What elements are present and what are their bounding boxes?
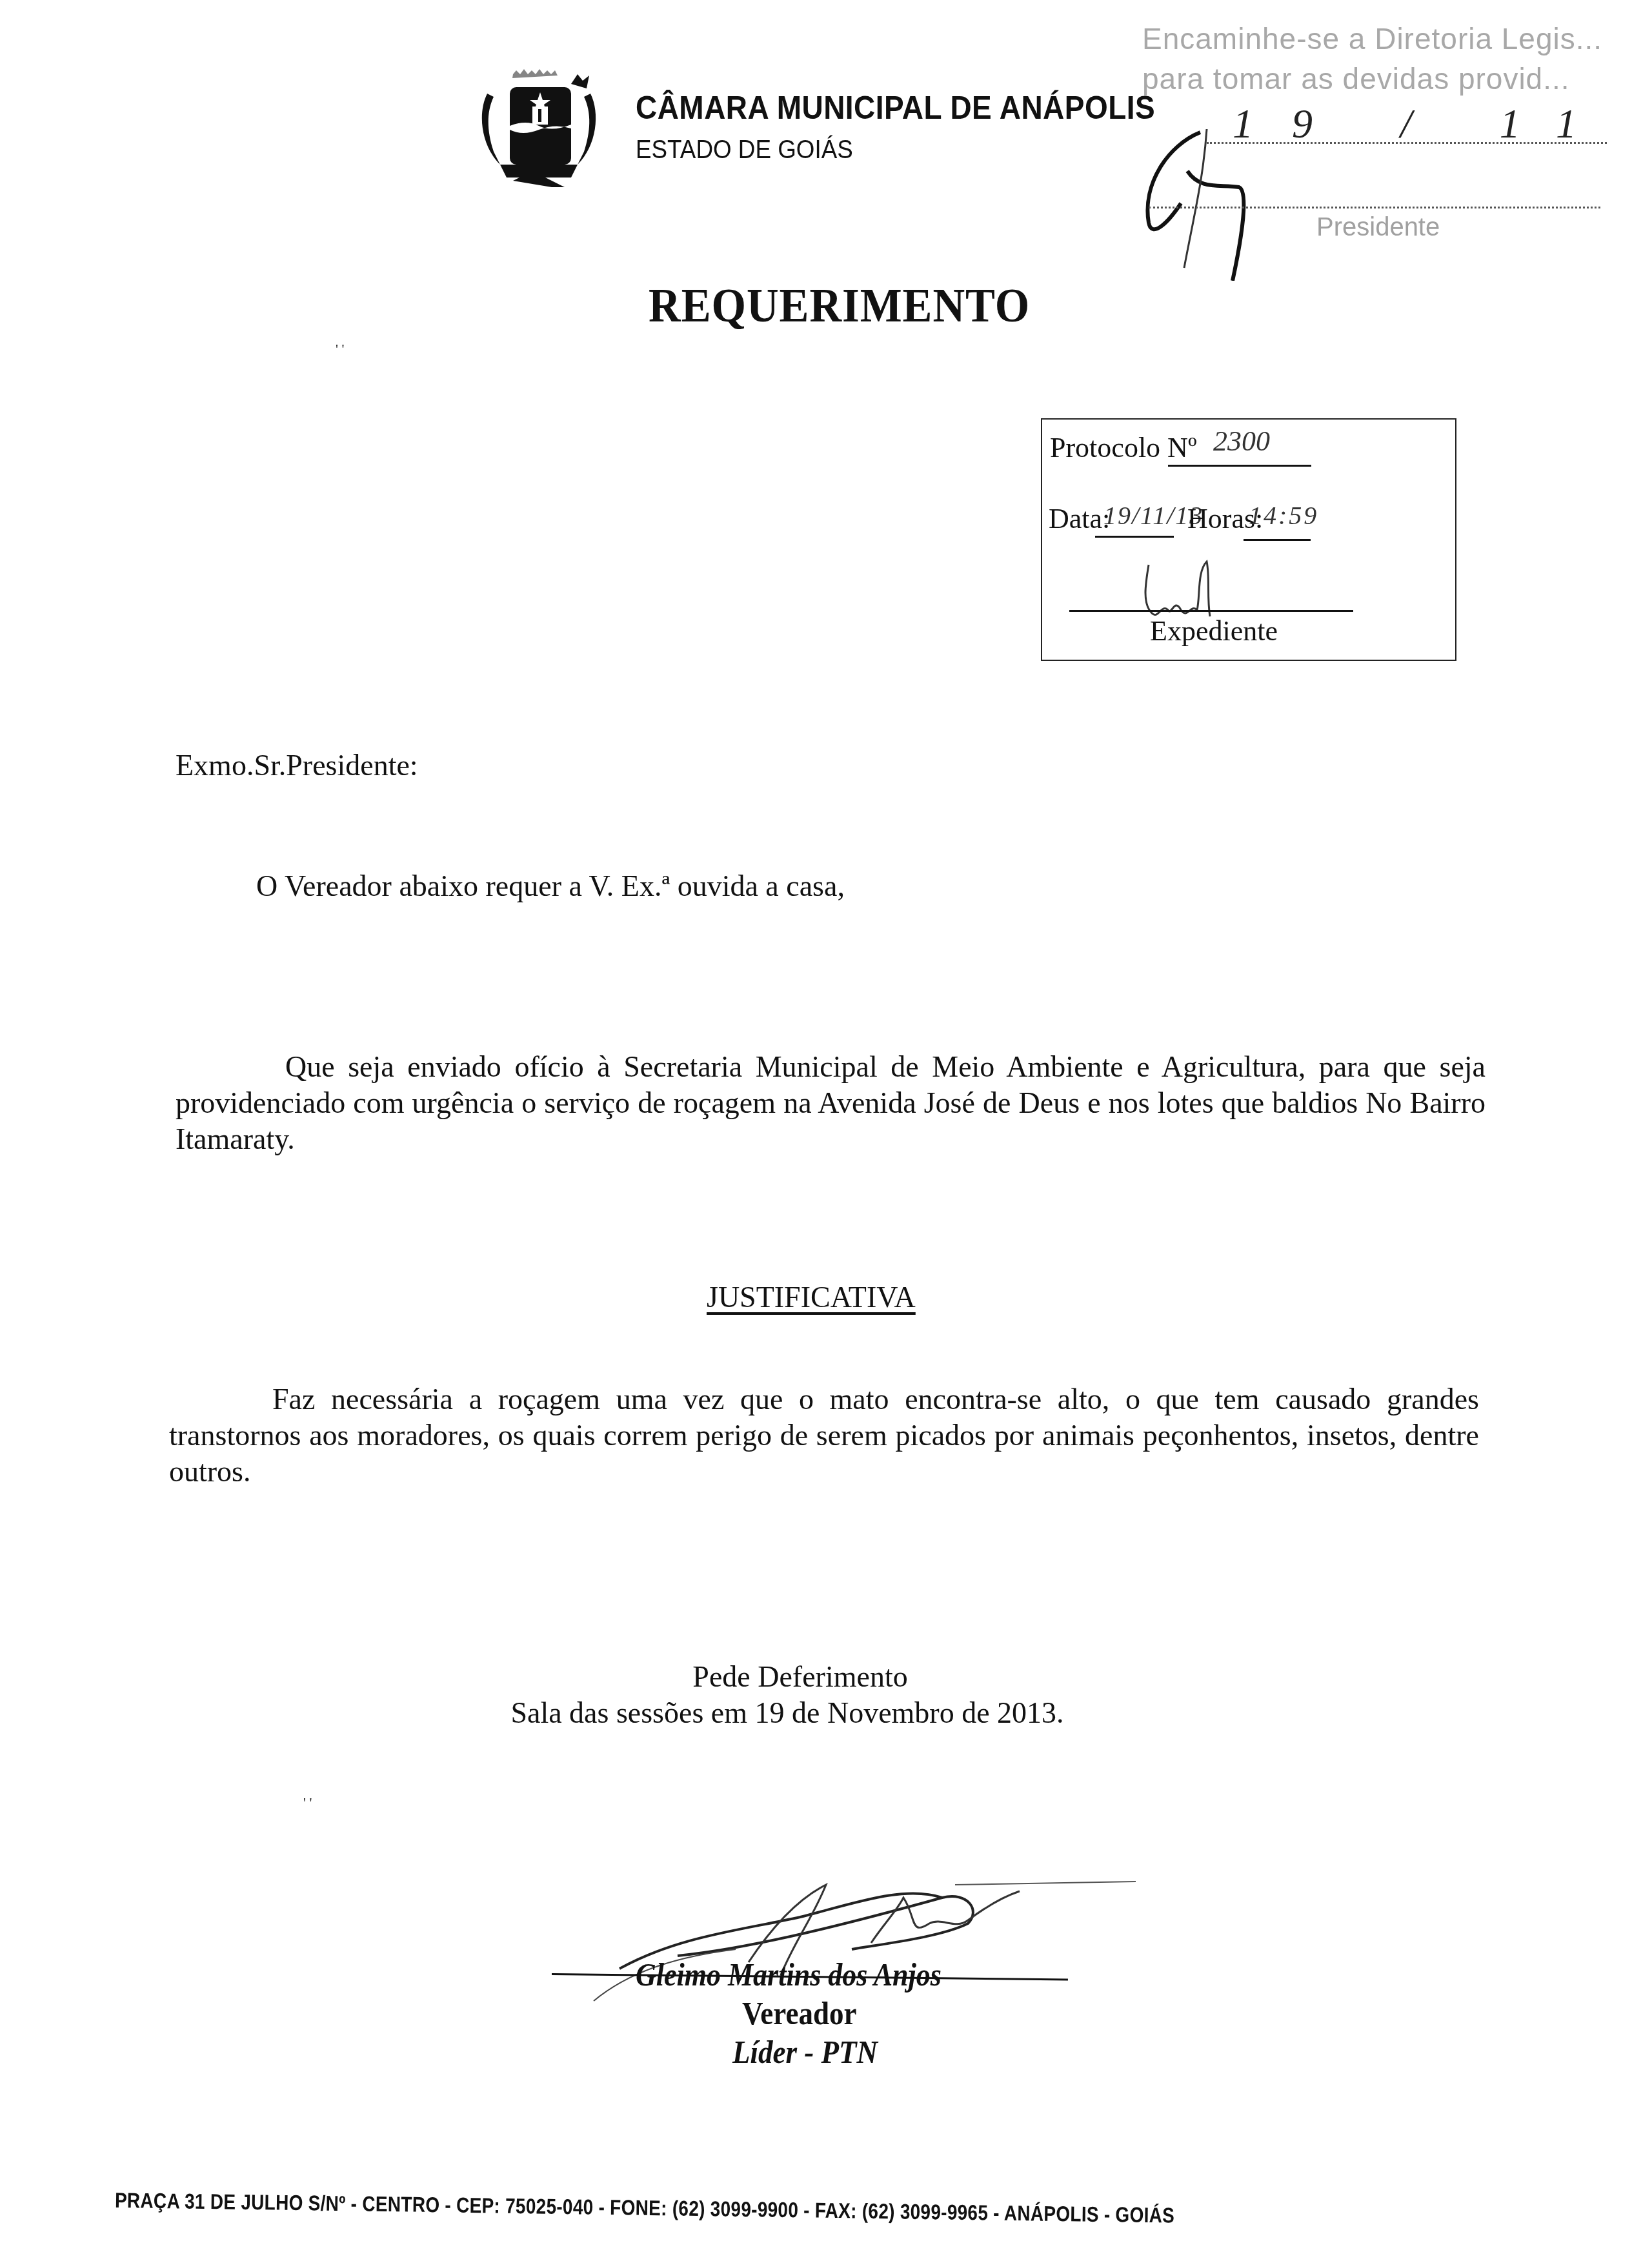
organization-state: ESTADO DE GOIÁS xyxy=(636,136,853,165)
dispatch-stamp: Encaminhe-se a Diretoria Legis... para t… xyxy=(1123,16,1639,261)
scan-mark: ' ' xyxy=(303,1794,312,1811)
request-paragraph: Que seja enviado ofício à Secretaria Mun… xyxy=(176,1049,1486,1157)
protocol-label: Protocolo Nº xyxy=(1050,431,1197,464)
signer-party: Líder - PTN xyxy=(732,2033,878,2071)
department-label: Expediente xyxy=(1150,614,1278,647)
signer-role: Vereador xyxy=(742,1994,856,2032)
municipal-coat-of-arms-icon xyxy=(474,55,603,190)
protocol-value: 2300 xyxy=(1213,425,1270,458)
stamp-line-2: para tomar as devidas provid... xyxy=(1142,61,1570,96)
protocol-box: Protocolo Nº 2300 Data: 19/11/13 Horas: … xyxy=(1041,418,1456,661)
expediente-rule xyxy=(1069,610,1353,612)
organization-name: CÂMARA MUNICIPAL DE ANÁPOLIS xyxy=(636,89,1155,127)
stamp-line-1: Encaminhe-se a Diretoria Legis... xyxy=(1142,21,1602,56)
stamp-role: Presidente xyxy=(1316,213,1440,242)
date-rule xyxy=(1095,536,1174,538)
scan-mark: ' ' xyxy=(336,341,344,358)
footer-address: PRAÇA 31 DE JULHO S/Nº - CENTRO - CEP: 7… xyxy=(115,2188,1175,2228)
time-rule xyxy=(1244,539,1311,541)
closing-line-2: Sala das sessões em 19 de Novembro de 20… xyxy=(0,1695,1652,1731)
time-value: 14:59 xyxy=(1249,500,1318,531)
justification-heading: JUSTIFICATIVA xyxy=(707,1279,916,1315)
stamp-signature-rule xyxy=(1149,207,1600,208)
closing-block: Pede Deferimento Sala das sessões em 19 … xyxy=(0,1659,1652,1731)
councilor-signature-icon xyxy=(581,1859,1162,2027)
salutation: Exmo.Sr.Presidente: xyxy=(176,747,418,784)
signer-name: Gleimo Martins dos Anjos xyxy=(636,1956,942,1993)
document-title: REQUERIMENTO xyxy=(649,279,1030,334)
date-label: Data: xyxy=(1049,502,1110,535)
intro-paragraph: O Vereador abaixo requer a V. Ex.ª ouvid… xyxy=(256,868,845,904)
closing-line-1: Pede Deferimento xyxy=(0,1659,1652,1695)
president-signature-icon xyxy=(1129,126,1310,281)
protocol-rule xyxy=(1168,465,1311,467)
justification-paragraph: Faz necessária a roçagem uma vez que o m… xyxy=(169,1381,1479,1490)
